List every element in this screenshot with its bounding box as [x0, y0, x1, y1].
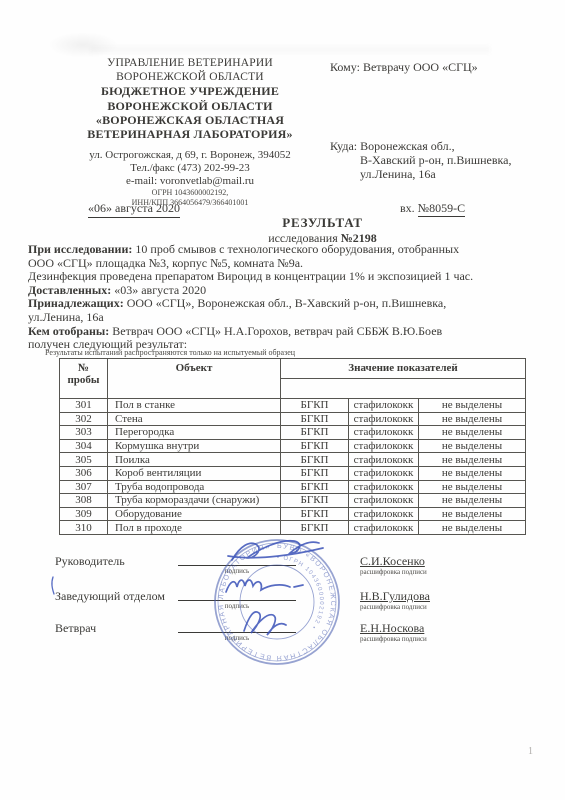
indicator2-cell: стафилококк [349, 480, 419, 494]
indicator2-cell: стафилококк [349, 507, 419, 521]
indicator1-cell: БГКП [281, 399, 349, 413]
signature-row: Ветврач подпись Е.Н.Носкова расшифровка … [55, 619, 525, 651]
org-line: УПРАВЛЕНИЕ ВЕТЕРИНАРИИ [48, 56, 332, 70]
recipient-to: Кому: Ветврачу ООО «СГЦ» [330, 60, 550, 75]
paragraph-label: Принадлежащих: [28, 296, 124, 310]
result-cell: не выделены [419, 466, 526, 480]
indicator2-cell: стафилококк [349, 453, 419, 467]
paragraph-label: Кем отобраны: [28, 324, 109, 338]
where-line-2: В-Хавский р-он, п.Вишневка, [330, 154, 550, 168]
where-line-1: Воронежская обл., [360, 139, 454, 153]
indicator1-cell: БГКП [281, 439, 349, 453]
signature-row: Заведующий отделом подпись Н.В.Гулидова … [55, 587, 525, 619]
indicator1-cell: БГКП [281, 426, 349, 440]
paragraph-text: «03» августа 2020 [114, 283, 206, 297]
paragraph-belonging: Принадлежащих: ООО «СГЦ», Воронежская об… [28, 297, 536, 311]
org-line: ВОРОНЕЖСКОЙ ОБЛАСТИ [48, 70, 332, 84]
indicator1-cell: БГКП [281, 453, 349, 467]
signature-line [178, 552, 296, 566]
sample-number-cell: 306 [60, 466, 108, 480]
header-empty-cell [281, 379, 526, 399]
result-cell: не выделены [419, 494, 526, 508]
signatory-name: Н.В.Гулидова [360, 589, 430, 604]
results-disclaimer: Результаты испытаний распространяются то… [45, 348, 295, 357]
object-cell: Труба водопровода [108, 480, 281, 494]
indicator2-cell: стафилококк [349, 466, 419, 480]
indicator2-cell: стафилококк [349, 439, 419, 453]
ogrn-line: ОГРН 1043600002192, [48, 188, 332, 198]
sample-number-cell: 308 [60, 494, 108, 508]
org-line: БЮДЖЕТНОЕ УЧРЕЖДЕНИЕ [48, 84, 332, 98]
paragraph-belonging-cont: ул.Ленина, 16а [28, 311, 536, 325]
email-line: e-mail: voronvetlab@mail.ru [48, 175, 332, 188]
table-row: 303 Перегородка БГКП стафилококк не выде… [60, 426, 526, 440]
document-body: При исследовании: 10 проб смывов с техно… [28, 243, 536, 352]
object-cell: Короб вентиляции [108, 466, 281, 480]
table-row: 309 Оборудование БГКП стафилококк не выд… [60, 507, 526, 521]
table-row: 310 Пол в проходе БГКП стафилококк не вы… [60, 521, 526, 535]
signatory-role: Ветврач [55, 621, 96, 636]
name-caption: расшифровка подписи [360, 635, 427, 643]
signature-line [178, 587, 296, 601]
header-indicator-values: Значение показателей [281, 359, 526, 379]
indicator2-cell: стафилококк [349, 399, 419, 413]
paragraph-label: При исследовании: [28, 242, 132, 256]
object-cell: Поилка [108, 453, 281, 467]
indicator2-cell: стафилококк [349, 412, 419, 426]
signatory-name: С.И.Косенко [360, 554, 425, 569]
paragraph-text: ООО «СГЦ», Воронежская обл., В-Хавский р… [127, 296, 447, 310]
header-sample-number: № пробы [60, 359, 108, 399]
table-row: 302 Стена БГКП стафилококк не выделены [60, 412, 526, 426]
result-cell: не выделены [419, 507, 526, 521]
signature-caption: подпись [178, 634, 296, 642]
address-line: ул. Острогожская, д 69, г. Воронеж, 3940… [48, 149, 332, 162]
object-cell: Труба кормораздачи (снаружи) [108, 494, 281, 508]
table-row: 305 Поилка БГКП стафилококк не выделены [60, 453, 526, 467]
incoming-label: вх. [400, 201, 415, 215]
signatory-role: Руководитель [55, 554, 125, 569]
org-line: ВЕТЕРИНАРНАЯ ЛАБОРАТОРИЯ» [48, 127, 332, 141]
result-cell: не выделены [419, 521, 526, 535]
indicator1-cell: БГКП [281, 507, 349, 521]
result-cell: не выделены [419, 439, 526, 453]
signature-caption: подпись [178, 567, 296, 575]
indicator1-cell: БГКП [281, 521, 349, 535]
object-cell: Пол в станке [108, 399, 281, 413]
org-line: «ВОРОНЕЖСКАЯ ОБЛАСТНАЯ [48, 113, 332, 127]
name-caption: расшифровка подписи [360, 603, 427, 611]
result-cell: не выделены [419, 399, 526, 413]
sample-number-cell: 301 [60, 399, 108, 413]
sample-number-cell: 303 [60, 426, 108, 440]
paragraph-label: Доставленных: [28, 283, 111, 297]
scan-smudge [48, 32, 118, 58]
table-row: 304 Кормушка внутри БГКП стафилококк не … [60, 439, 526, 453]
indicator1-cell: БГКП [281, 466, 349, 480]
letterhead-address: ул. Острогожская, д 69, г. Воронеж, 3940… [48, 149, 332, 207]
indicator2-cell: стафилококк [349, 521, 419, 535]
document-title: РЕЗУЛЬТАТ [100, 215, 545, 231]
object-cell: Стена [108, 412, 281, 426]
result-cell: не выделены [419, 426, 526, 440]
paragraph-disinfection: Дезинфекция проведена препаратом Вироцид… [28, 270, 536, 284]
paragraph-examined-cont: ООО «СГЦ» площадка №3, корпус №5, комнат… [28, 257, 536, 271]
sample-number-cell: 305 [60, 453, 108, 467]
result-cell: не выделены [419, 412, 526, 426]
sample-number-cell: 304 [60, 439, 108, 453]
sample-number-cell: 307 [60, 480, 108, 494]
object-cell: Оборудование [108, 507, 281, 521]
letterhead: УПРАВЛЕНИЕ ВЕТЕРИНАРИИ ВОРОНЕЖСКОЙ ОБЛАС… [48, 56, 332, 207]
result-cell: не выделены [419, 480, 526, 494]
object-cell: Кормушка внутри [108, 439, 281, 453]
indicator2-cell: стафилококк [349, 426, 419, 440]
sample-number-cell: 309 [60, 507, 108, 521]
signatory-name: Е.Н.Носкова [360, 621, 424, 636]
recipient-address: Куда: Воронежская обл., В-Хавский р-он, … [330, 140, 550, 181]
indicator1-cell: БГКП [281, 494, 349, 508]
scanned-document-page: УПРАВЛЕНИЕ ВЕТЕРИНАРИИ ВОРОНЕЖСКОЙ ОБЛАС… [0, 0, 565, 800]
stray-pen-mark [52, 577, 54, 594]
signatory-role: Заведующий отделом [55, 589, 165, 604]
object-cell: Перегородка [108, 426, 281, 440]
table-header-row: № пробы Объект Значение показателей [60, 359, 526, 379]
where-line-3: ул.Ленина, 16а [330, 168, 550, 182]
sample-number-cell: 302 [60, 412, 108, 426]
incoming-number-line: вх. №8059-С [400, 201, 465, 216]
paragraph-text: 10 проб смывов с технологического оборуд… [135, 242, 459, 256]
table-row: 307 Труба водопровода БГКП стафилококк н… [60, 480, 526, 494]
results-table: № пробы Объект Значение показателей 301 … [59, 358, 526, 535]
signature-line [178, 619, 296, 633]
paragraph-delivered: Доставленных: «03» августа 2020 [28, 284, 536, 298]
phone-line: Тел./факс (473) 202-99-23 [48, 162, 332, 175]
header-object: Объект [108, 359, 281, 399]
sample-number-cell: 310 [60, 521, 108, 535]
name-caption: расшифровка подписи [360, 568, 427, 576]
scan-streak [90, 46, 490, 53]
indicator1-cell: БГКП [281, 412, 349, 426]
page-number: 1 [528, 746, 533, 757]
recipient-address-line: Куда: Воронежская обл., [330, 140, 550, 154]
result-cell: не выделены [419, 453, 526, 467]
where-label: Куда: [330, 139, 357, 153]
paragraph-examined: При исследовании: 10 проб смывов с техно… [28, 243, 536, 257]
indicator2-cell: стафилококк [349, 494, 419, 508]
indicator1-cell: БГКП [281, 480, 349, 494]
signature-row: Руководитель подпись С.И.Косенко расшифр… [55, 552, 525, 584]
table-row: 301 Пол в станке БГКП стафилококк не выд… [60, 399, 526, 413]
table-row: 306 Короб вентиляции БГКП стафилококк не… [60, 466, 526, 480]
org-line: ВОРОНЕЖСКОЙ ОБЛАСТИ [48, 99, 332, 113]
paragraph-sampled-by: Кем отобраны: Ветврач ООО «СГЦ» Н.А.Горо… [28, 325, 536, 339]
table-row: 308 Труба кормораздачи (снаружи) БГКП ст… [60, 494, 526, 508]
paragraph-text: Ветврач ООО «СГЦ» Н.А.Горохов, ветврач р… [112, 324, 442, 338]
object-cell: Пол в проходе [108, 521, 281, 535]
signature-caption: подпись [178, 602, 296, 610]
